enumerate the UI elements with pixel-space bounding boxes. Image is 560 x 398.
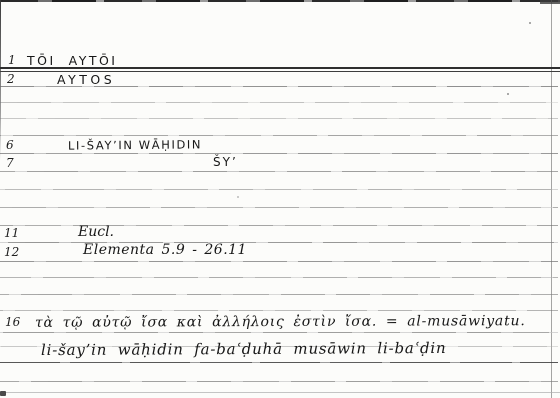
line-number-12: 12 bbox=[4, 245, 19, 259]
index-card: 1 2 6 7 11 12 16 TŌI AYTŌI AYTOS LI-ŠAY’… bbox=[0, 0, 560, 398]
scan-speck bbox=[237, 196, 239, 198]
line-number-11: 11 bbox=[4, 226, 19, 240]
scan-edge-left bbox=[0, 0, 1, 160]
arabic-translation-transliterated: li-šay’in wāḥidin fa-baʿḍuhā musāwin li-… bbox=[41, 339, 447, 359]
line-number-7: 7 bbox=[6, 156, 14, 170]
ruled-line bbox=[0, 189, 558, 190]
scan-edge-top bbox=[0, 0, 560, 2]
scan-corner-mark bbox=[0, 391, 6, 396]
ruled-line bbox=[0, 294, 558, 295]
ruled-line bbox=[0, 153, 558, 154]
line-number-1: 1 bbox=[8, 53, 16, 67]
ruled-line bbox=[0, 261, 558, 262]
ruled-line bbox=[0, 102, 558, 103]
scan-speck bbox=[507, 93, 509, 95]
greek-quotation: τὰ τῷ αὐτῷ ἴσα καὶ ἀλλήλοις ἐστὶν ἴσα. =… bbox=[35, 313, 526, 331]
source-author: Eucl. bbox=[78, 224, 114, 240]
line-number-2: 2 bbox=[7, 72, 15, 86]
ruled-line bbox=[0, 118, 558, 119]
ruled-line bbox=[0, 171, 558, 172]
line-number-16: 16 bbox=[5, 315, 20, 329]
scan-corner-mark bbox=[540, 0, 560, 4]
source-work-reference: Elementa 5.9 - 26.11 bbox=[83, 242, 247, 258]
arabic-root-caps: ŠY’ bbox=[213, 155, 238, 169]
headword-autos: AYTOS bbox=[57, 72, 115, 87]
line-number-6: 6 bbox=[6, 138, 14, 152]
arabic-equivalent-caps: LI-ŠAY’IN WĀḤIDIN bbox=[68, 137, 202, 152]
ruled-line bbox=[0, 135, 558, 136]
ruled-line bbox=[0, 381, 558, 382]
ruled-line bbox=[0, 310, 558, 311]
scan-edge-right bbox=[551, 0, 552, 398]
headword-greek-caps: TŌI AYTŌI bbox=[27, 53, 118, 68]
ruled-line bbox=[0, 362, 558, 363]
scan-speck bbox=[529, 22, 531, 24]
scan-edge-bottom bbox=[0, 392, 560, 393]
ruled-line bbox=[0, 332, 558, 333]
ruled-line bbox=[0, 207, 558, 208]
ruled-line bbox=[0, 277, 558, 278]
